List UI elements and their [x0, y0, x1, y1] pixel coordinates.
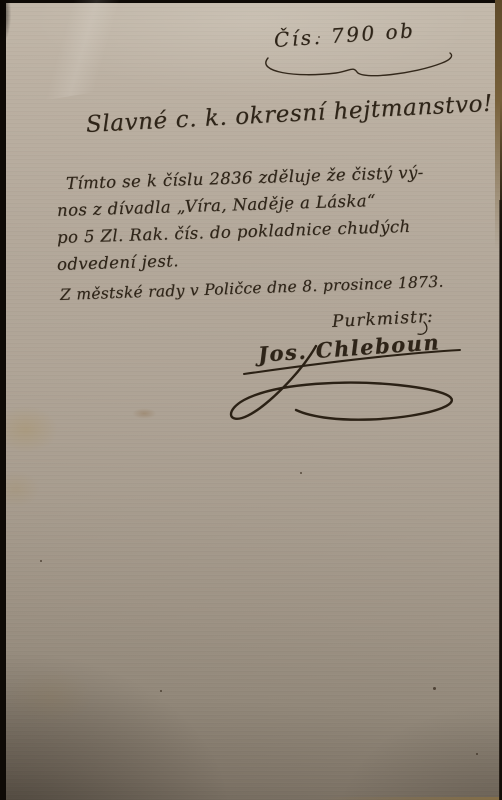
foxing-speck — [476, 753, 478, 755]
foxing-speck — [433, 687, 436, 690]
document-photo: Čís. 790 ob Slavné c. k. okresní hejtman… — [0, 0, 502, 800]
top-left-shadow — [0, 0, 16, 70]
paper-crease — [0, 0, 223, 113]
foxing-speck — [160, 690, 162, 692]
body-line-4: odvedení jest. — [57, 251, 179, 274]
foxing-speck — [300, 472, 302, 474]
foxing-speck — [40, 560, 42, 562]
